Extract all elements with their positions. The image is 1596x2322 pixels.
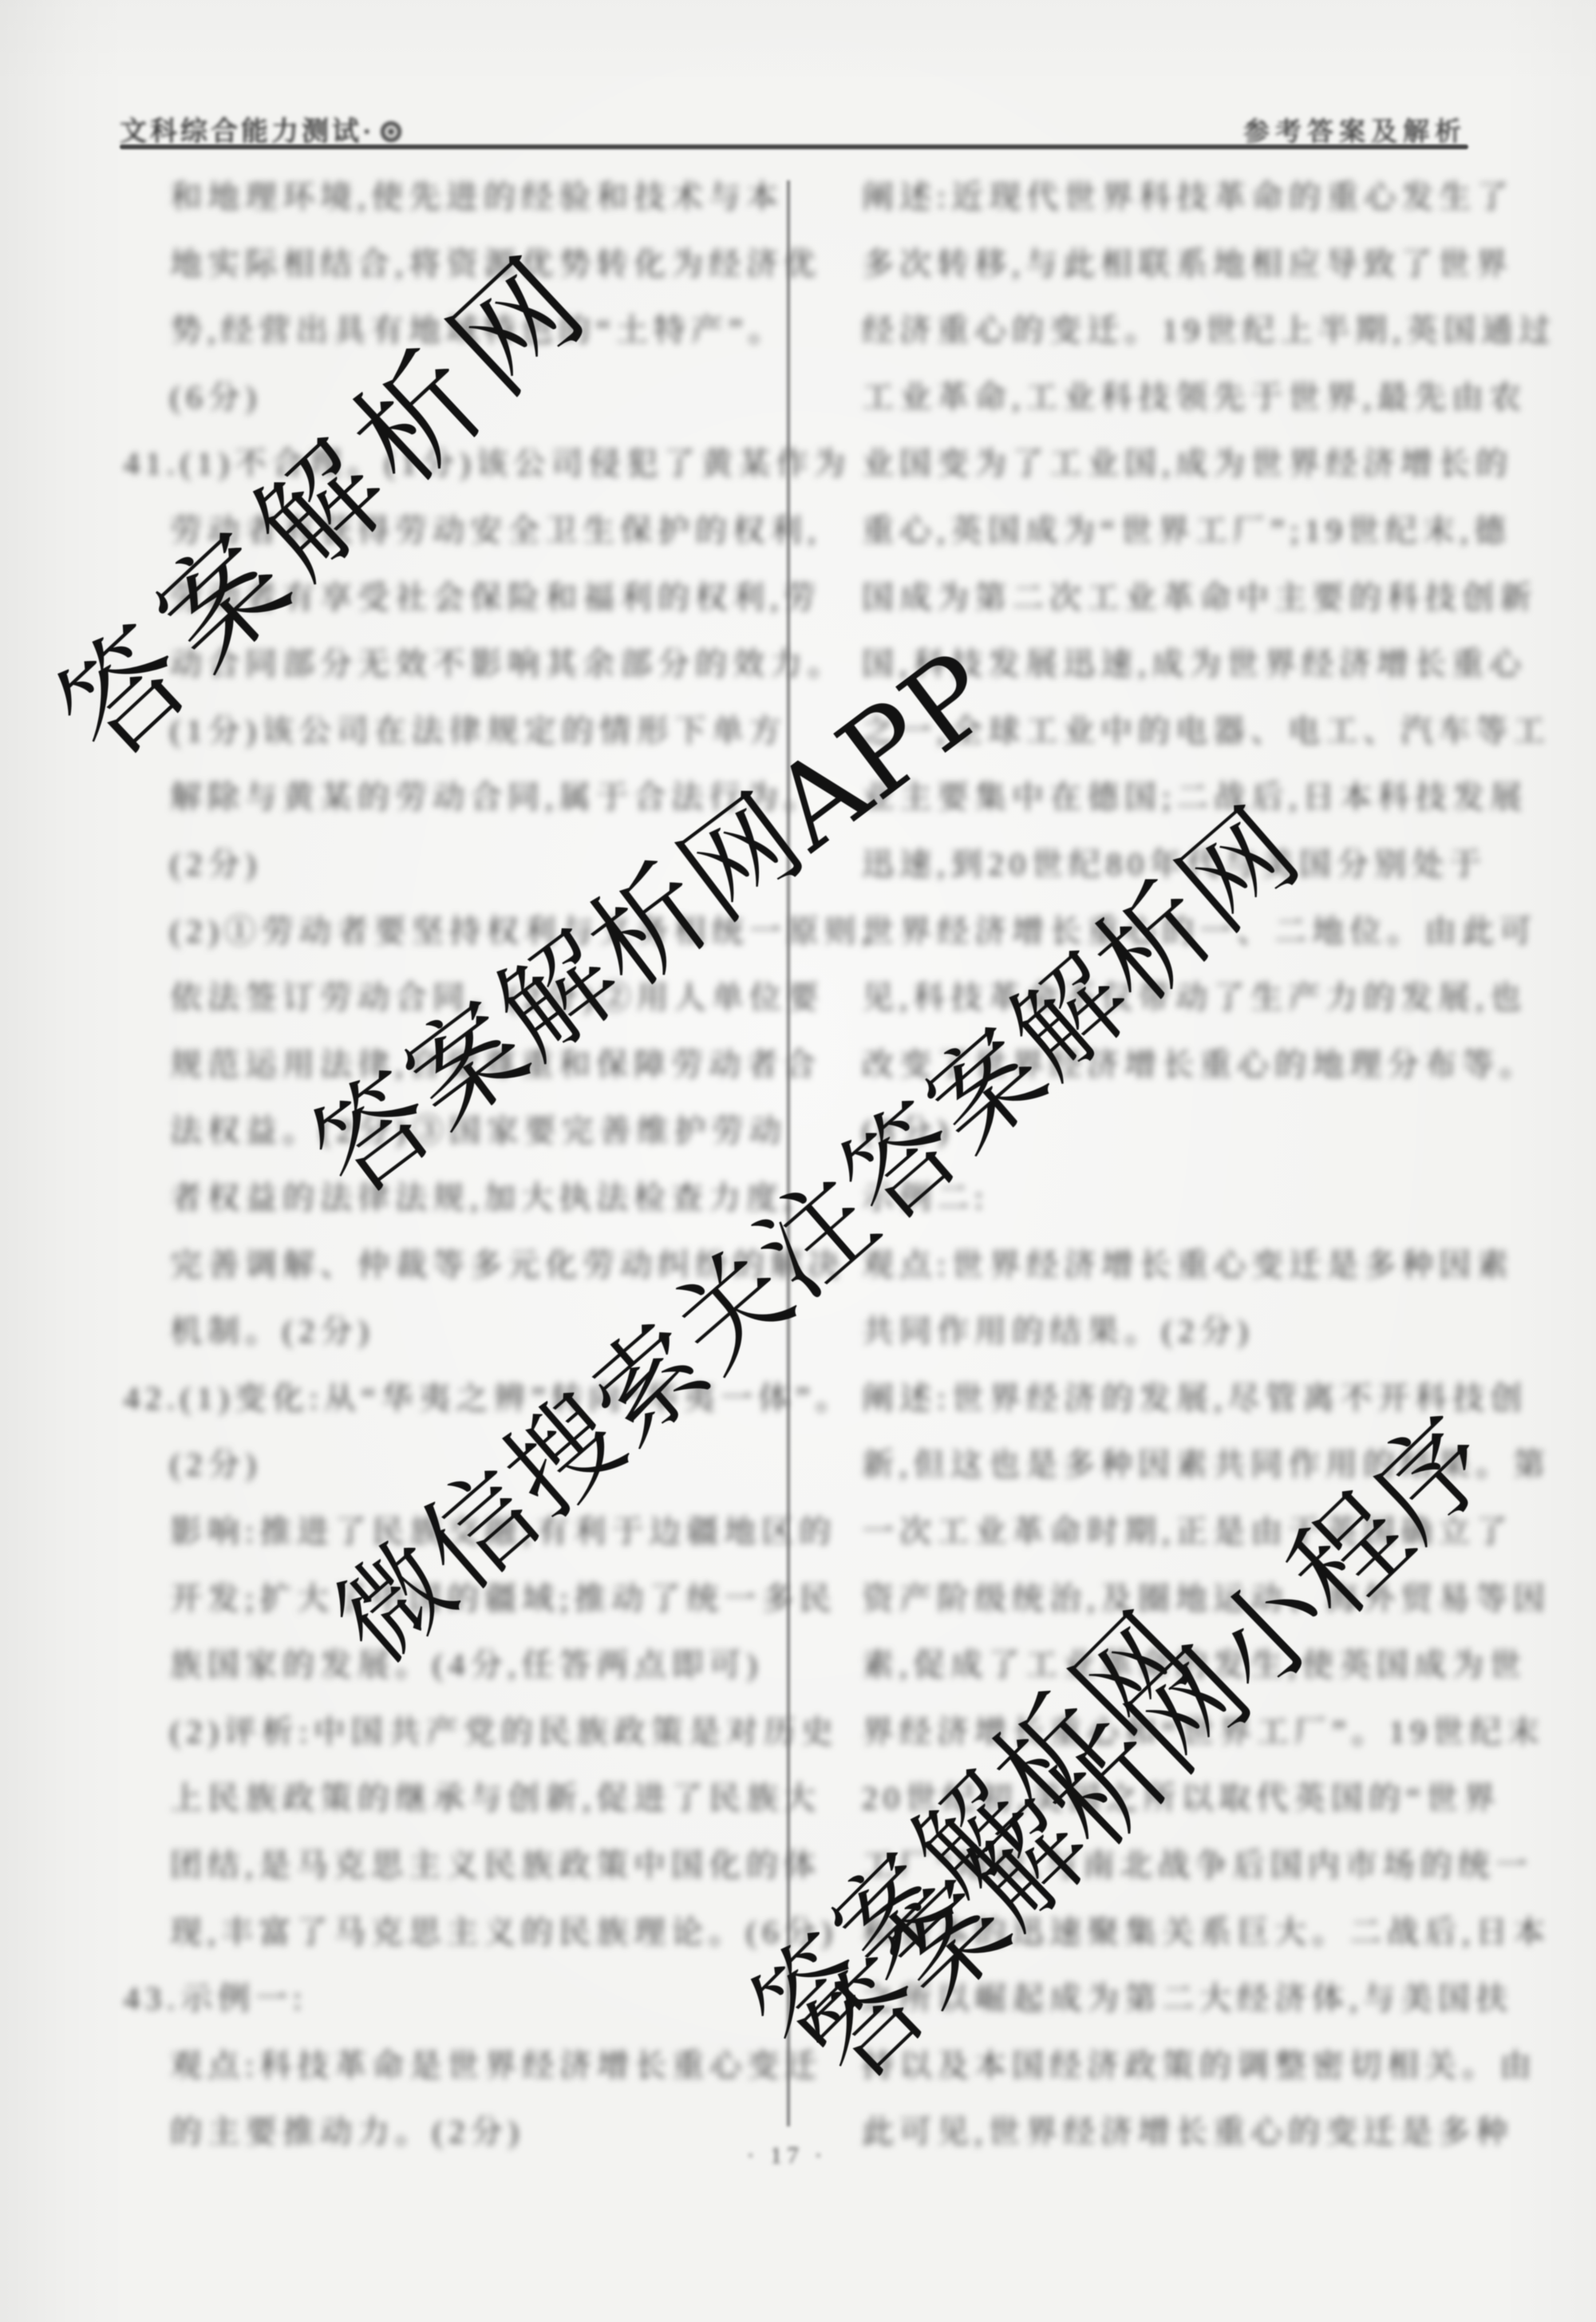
- text-line: 族国家的发展。(4分,任答两点即可): [170, 1640, 763, 1685]
- text-line: (6分): [170, 372, 262, 417]
- text-line: 业国变为了工业国,成为世界经济增长的: [862, 438, 1513, 484]
- text-line: (2)评析:中国共产党的民族政策是对历史: [170, 1707, 839, 1752]
- text-line: 的主要推动力。(2分): [170, 2106, 524, 2152]
- text-line: 观点:世界经济增长重心变迁是多种因素: [862, 1240, 1514, 1285]
- text-line: 重心,英国成为“世界工厂”;19世纪末,德: [862, 505, 1511, 551]
- text-line: 和地理环境,使先进的经验和技术与本: [170, 172, 784, 217]
- text-line: 上民族政策的继承与创新,促进了民族大: [170, 1773, 821, 1818]
- text-line: 此可见,世界经济增长重心的变迁是多种: [862, 2106, 1513, 2152]
- header-left-title-text: 文科综合能力测试·: [120, 117, 374, 147]
- text-line: (2分): [170, 839, 262, 884]
- text-line: 工业革命,工业科技领先于世界,最先由农: [862, 372, 1527, 417]
- circled-badge-icon: [381, 121, 401, 142]
- text-line: 观点:科技革命是世界经济增长重心变迁: [170, 2040, 822, 2086]
- text-line: 多次转移,与此相联系地相应导致了世界: [862, 239, 1513, 284]
- text-line: 者权益的法律法规,加大执法检查力度,: [170, 1173, 797, 1218]
- text-line: 共同作用的结果。(2分): [862, 1306, 1254, 1351]
- header-rule: [120, 144, 1468, 149]
- text-line: 阐述:近现代世界科技革命的重心发生了: [862, 172, 1514, 217]
- text-line: 43.示例一:: [124, 1973, 307, 2019]
- header-right-title: 参考答案及解析: [1243, 111, 1467, 148]
- header-left-title: 文科综合能力测试·: [120, 109, 401, 148]
- text-line: 经济重心的变迁。19世纪上半期,英国通过: [862, 305, 1556, 350]
- text-line: 持以及本国经济政策的调整密切相关。由: [862, 2040, 1537, 2086]
- text-line: (2分): [170, 1439, 262, 1485]
- watermark-text: 答案解析网: [14, 206, 623, 790]
- text-line: 国成为第二次工业革命中主要的科技创新: [862, 572, 1537, 618]
- text-line: (1分)该公司在法律规定的情形下单方: [170, 706, 787, 751]
- text-line: 机制。(2分): [170, 1306, 374, 1351]
- page-number: · 17 ·: [702, 2142, 871, 2170]
- text-line: 团结,是马克思主义民族政策中国化的体: [170, 1840, 821, 1885]
